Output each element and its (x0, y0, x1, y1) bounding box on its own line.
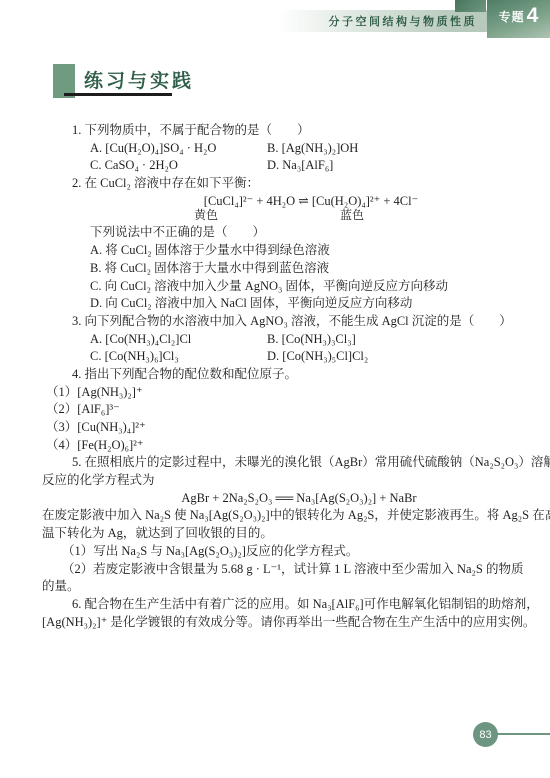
question-4-item-2: （2）[AlF₆]³⁻ (42, 401, 508, 419)
question-3-option-b: B. [Co(NH₃)₃Cl₃] (267, 331, 356, 349)
question-2-option-d: D. 向 CuCl₂ 溶液中加入 NaCl 固体，平衡向逆反应方向移动 (42, 295, 508, 313)
question-5-body-line-2: 温下转化为 Ag，就达到了回收银的目的。 (42, 525, 508, 543)
question-4-item-3: （3）[Cu(NH₃)₄]²⁺ (42, 419, 508, 437)
question-2-stem: 2. 在 CuCl₂ 溶液中存在如下平衡： (42, 175, 508, 193)
question-5-stem-line-2: 反应的化学方程式为 (42, 472, 508, 490)
page-number-badge: 83 (473, 722, 498, 747)
question-3-option-d: D. [Co(NH₃)₅Cl]Cl₂ (267, 348, 368, 366)
header-accent-square (455, 0, 486, 12)
question-2-substem: 下列说法中不正确的是（ ） (42, 224, 508, 242)
question-1-options-row-1: A. [Cu(H₂O)₄]SO₄ · H₂O B. [Ag(NH₃)₂]OH (42, 140, 508, 158)
question-4-stem: 4. 指出下列配合物的配位数和配位原子。 (42, 366, 508, 384)
question-2-option-b: B. 将 CuCl₂ 固体溶于大量水中得到蓝色溶液 (42, 260, 508, 278)
question-6-line-1: 6. 配合物在生产生活中有着广泛的应用。如 Na₃[AlF₆]可作电解氧化铝制铝… (42, 596, 508, 614)
exercise-content: 1. 下列物质中，不属于配合物的是（ ） A. [Cu(H₂O)₄]SO₄ · … (42, 122, 508, 631)
question-2-option-a: A. 将 CuCl₂ 固体溶于少量水中得到绿色溶液 (42, 242, 508, 260)
question-5-body-line-1: 在废定影液中加入 Na₂S 使 Na₃[Ag(S₂O₃)₂]中的银转化为 Ag₂… (42, 507, 508, 525)
page-number: 83 (479, 729, 491, 741)
question-5-equation: AgBr + 2Na₂S₂O₃ ══ Na₃[Ag(S₂O₃)₂] + NaBr (42, 490, 508, 508)
question-1-options-row-2: C. CaSO₄ · 2H₂O D. Na₃[AlF₆] (42, 157, 508, 175)
question-1-stem: 1. 下列物质中，不属于配合物的是（ ） (42, 122, 508, 140)
header-chapter-band: 分子空间结构与物质性质 (278, 10, 487, 32)
question-3-option-a: A. [Co(NH₃)₄Cl₂]Cl (90, 332, 191, 346)
section-title: 练习与实践 (84, 66, 194, 93)
question-2-color-labels: 黄色 蓝色 (42, 210, 508, 224)
question-1-option-b: B. [Ag(NH₃)₂]OH (267, 140, 358, 158)
question-3-options-row-2: C. [Co(NH₃)₆]Cl₃ D. [Co(NH₃)₅Cl]Cl₂ (42, 348, 508, 366)
label-blue: 蓝色 (340, 207, 364, 225)
question-2-equation: [CuCl₄]²⁻ + 4H₂O ⇌ [Cu(H₂O)₄]²⁺ + 4Cl⁻ (42, 193, 508, 211)
question-1-option-c: C. CaSO₄ · 2H₂O (90, 158, 178, 172)
label-yellow: 黄色 (194, 207, 218, 225)
question-4-item-1: （1）[Ag(NH₃)₂]⁺ (42, 384, 508, 402)
question-2-option-c: C. 向 CuCl₂ 溶液中加入少量 AgNO₃ 固体，平衡向逆反应方向移动 (42, 278, 508, 296)
question-3-stem: 3. 向下列配合物的水溶液中加入 AgNO₃ 溶液，不能生成 AgCl 沉淀的是… (42, 313, 508, 331)
question-5-item-1: （1）写出 Na₂S 与 Na₃[Ag(S₂O₃)₂]反应的化学方程式。 (42, 543, 508, 561)
chapter-title: 分子空间结构与物质性质 (329, 13, 478, 29)
question-3-option-c: C. [Co(NH₃)₆]Cl₃ (90, 349, 179, 363)
textbook-page: 分子空间结构与物质性质 专题 4 练习与实践 1. 下列物质中，不属于配合物的是… (0, 0, 550, 778)
question-4-item-4: （4）[Fe(H₂O)₆]²⁺ (42, 437, 508, 455)
section-title-underline (64, 93, 172, 96)
footer-rule (497, 733, 550, 735)
unit-badge: 专题 4 (487, 0, 550, 38)
question-5-item-2-line-1: （2）若废定影液中含银量为 5.68 g · L⁻¹，试计算 1 L 溶液中至少… (42, 561, 508, 579)
question-6-line-2: [Ag(NH₃)₂]⁺ 是化学镀银的有效成分等。请你再举出一些配合物在生产生活中… (42, 614, 508, 632)
question-5-item-2-line-2: 的量。 (42, 578, 508, 596)
question-5-stem-line-1: 5. 在照相底片的定影过程中，未曝光的溴化银（AgBr）常用硫代硫酸钠（Na₂S… (42, 454, 508, 472)
unit-badge-number: 4 (527, 5, 539, 27)
question-3-options-row-1: A. [Co(NH₃)₄Cl₂]Cl B. [Co(NH₃)₃Cl₃] (42, 331, 508, 349)
question-1-option-a: A. [Cu(H₂O)₄]SO₄ · H₂O (90, 141, 216, 155)
unit-badge-label: 专题 (499, 8, 525, 25)
question-1-option-d: D. Na₃[AlF₆] (267, 157, 333, 175)
